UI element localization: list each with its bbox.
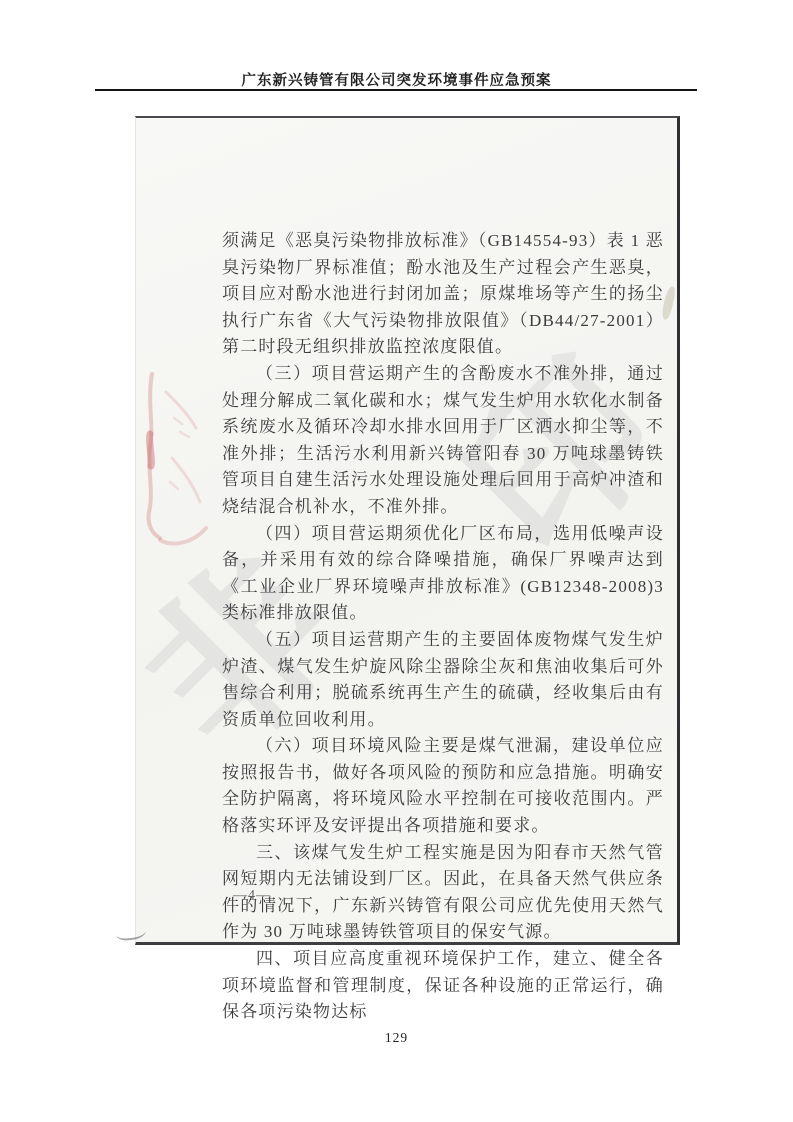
document-page-number: 129 [0, 1030, 793, 1046]
paragraph: 须满足《恶臭污染物排放标准》（GB14554-93）表 1 恶臭污染物厂界标准值… [222, 228, 664, 361]
document-page: { "header": { "title": "广东新兴铸管有限公司突发环境事件… [0, 0, 793, 1122]
paragraph: 四、项目应高度重视环境保护工作，建立、健全各项环境监督和管理制度，保证各种设施的… [222, 946, 664, 1026]
paragraph: （五）项目运营期产生的主要固体废物煤气发生炉炉渣、煤气发生炉旋风除尘器除尘灰和焦… [222, 627, 664, 733]
paragraph: （三）项目营运期产生的含酚废水不准外排，通过处理分解成二氧化碳和水；煤气发生炉用… [222, 361, 664, 521]
paragraph: 三、该煤气发生炉工程实施是因为阳春市天然气管网短期内无法铺设到厂区。因此，在具备… [222, 840, 664, 946]
paragraph: （六）项目环境风险主要是煤气泄漏，建设单位应按照报告书，做好各项风险的预防和应急… [222, 733, 664, 839]
document-header-title: 广东新兴铸管有限公司突发环境事件应急预案 [0, 69, 793, 90]
scan-page-number: —4— [233, 888, 271, 904]
scanned-page: 印 非 须满足《恶臭污染物排放标准》（GB14554-93）表 1 恶臭污染物厂… [135, 116, 680, 945]
scan-corner-fold [115, 922, 147, 941]
header-rule [95, 89, 697, 91]
scan-text-block: 须满足《恶臭污染物排放标准》（GB14554-93）表 1 恶臭污染物厂界标准值… [222, 228, 664, 1026]
red-seal-fragment [114, 362, 229, 562]
paragraph: （四）项目营运期须优化厂区布局，选用低噪声设备，并采用有效的综合降噪措施，确保厂… [222, 521, 664, 627]
